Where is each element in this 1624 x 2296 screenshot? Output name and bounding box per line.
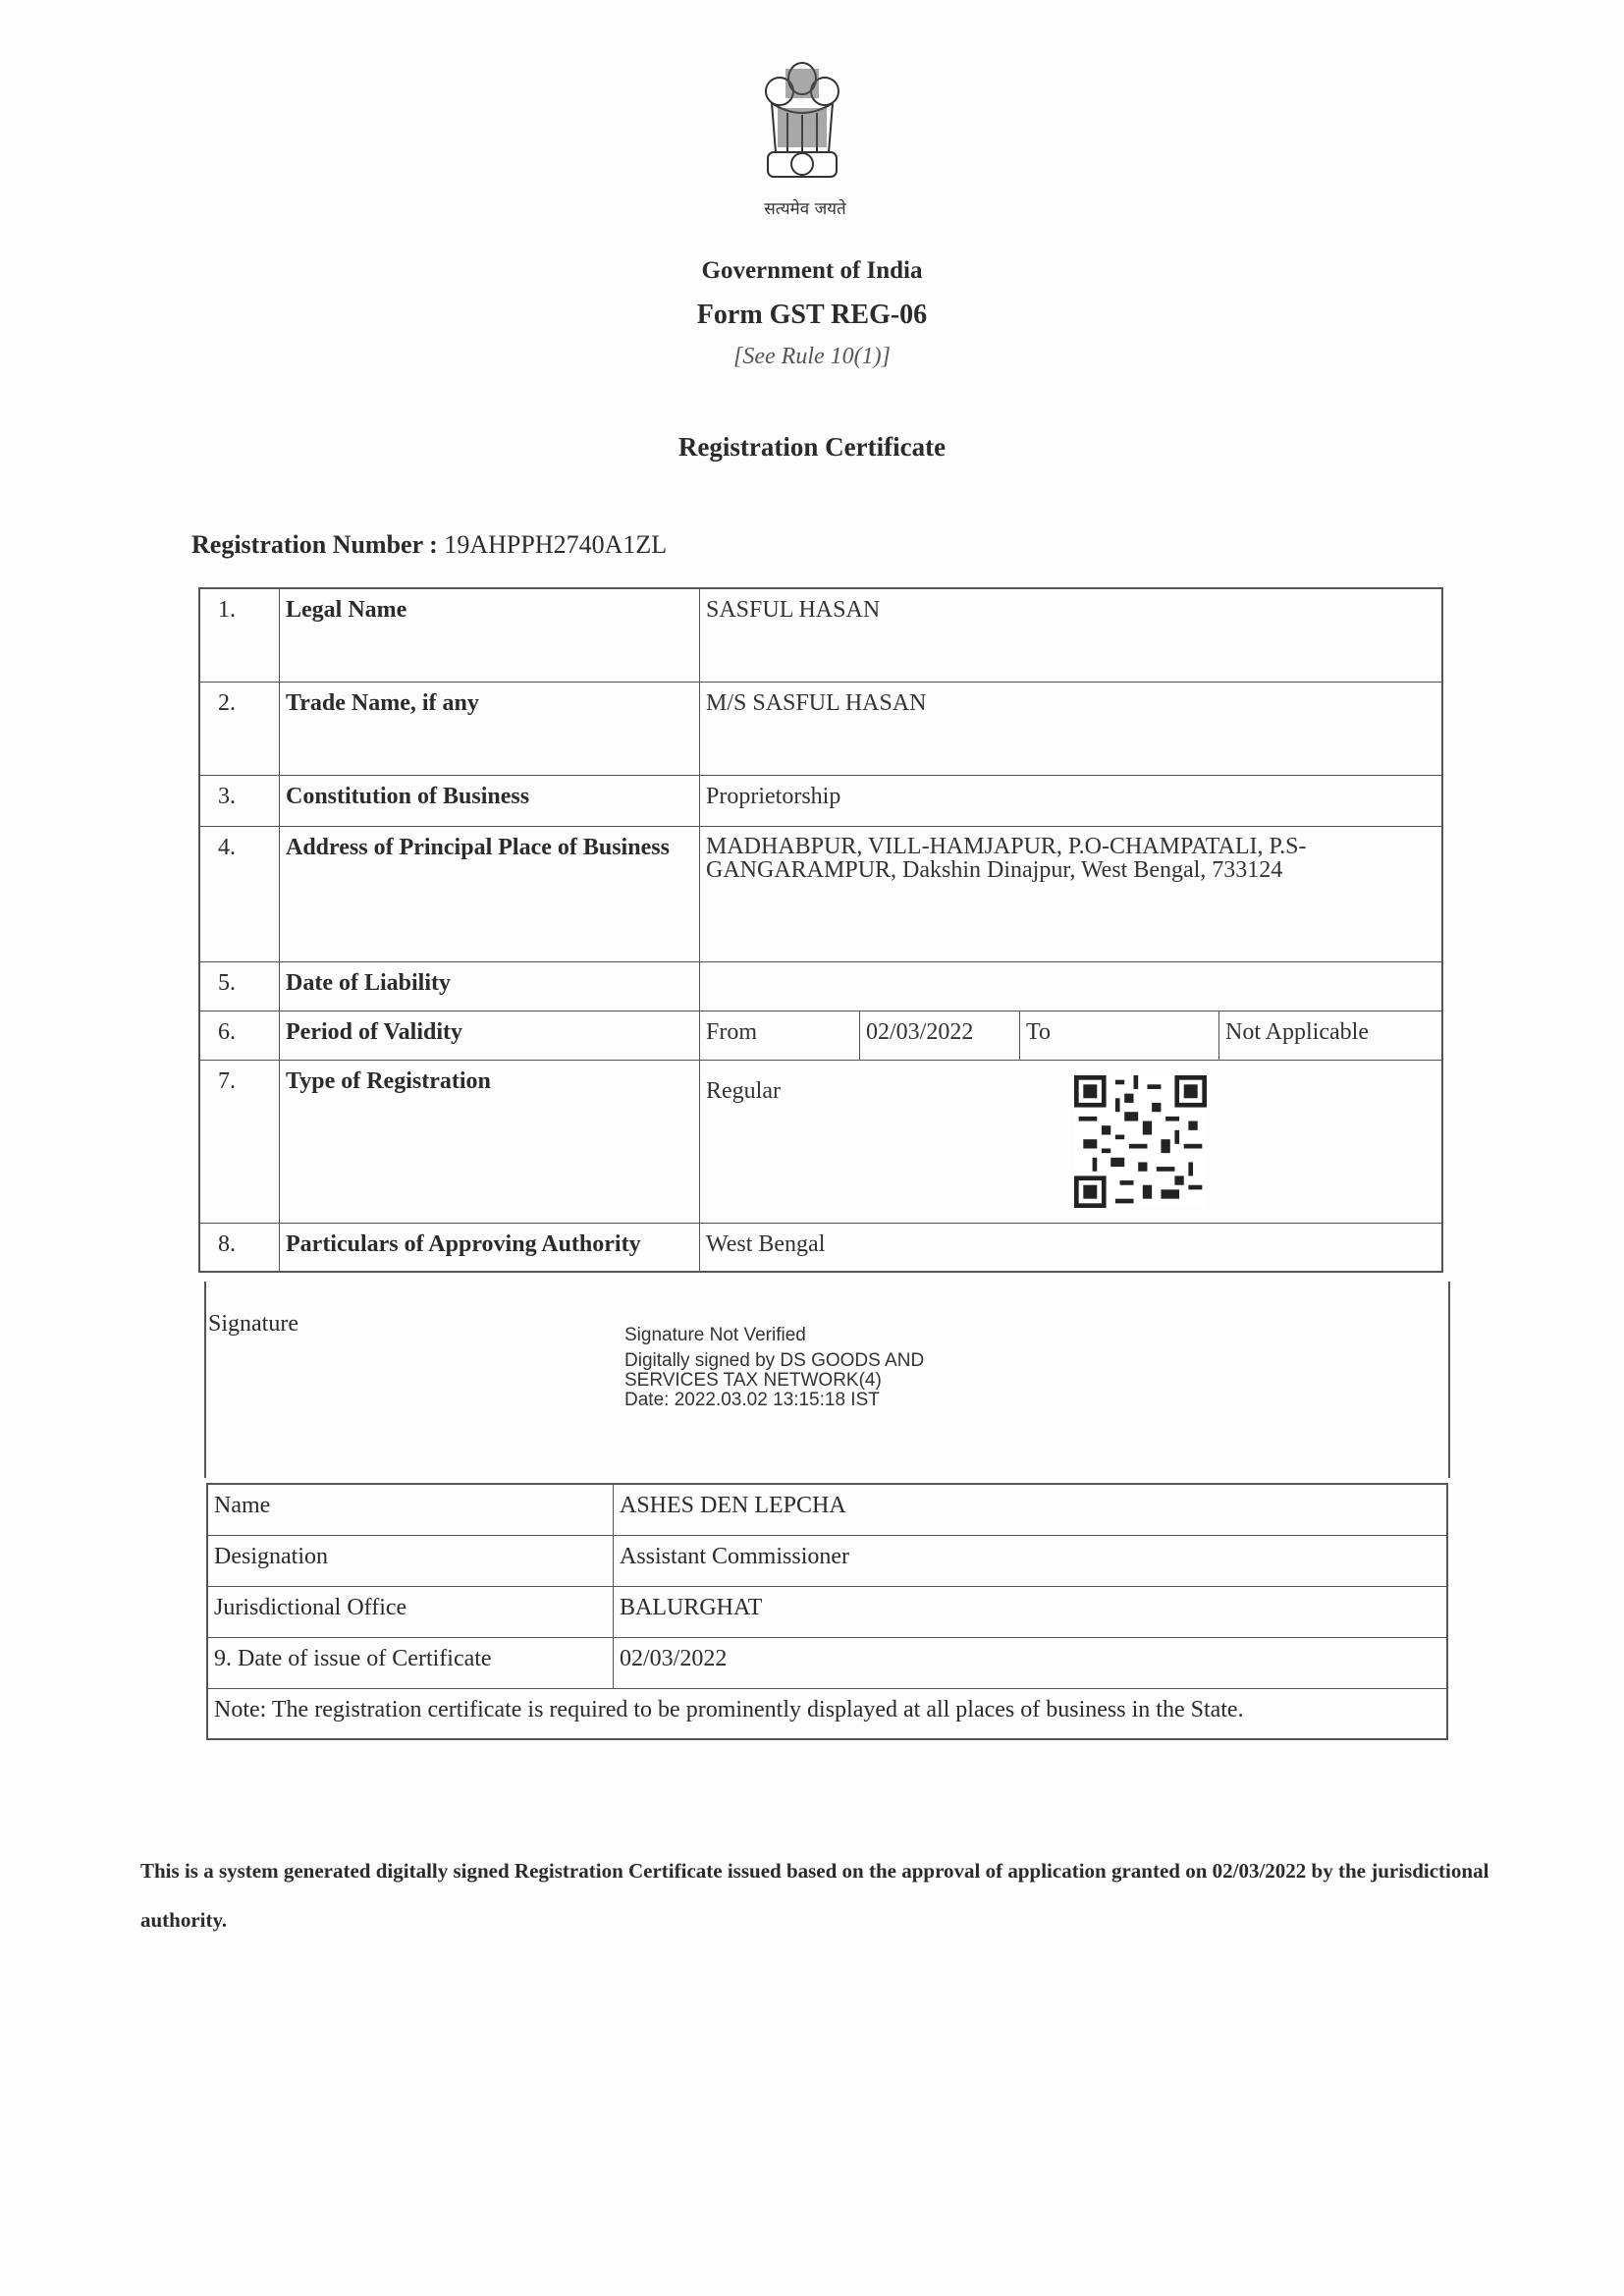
signed-by-line-1: Digitally signed by DS GOODS AND (624, 1351, 924, 1371)
issue-date-value: 02/03/2022 (614, 1637, 1448, 1688)
row-label: Address of Principal Place of Business (280, 826, 700, 961)
registration-number-value: 19AHPPH2740A1ZL (444, 530, 667, 559)
jurisdictional-office-label: Jurisdictional Office (207, 1586, 614, 1637)
signed-by-line-2: SERVICES TAX NETWORK(4) (624, 1371, 924, 1391)
table-row: Note: The registration certificate is re… (207, 1688, 1447, 1739)
trade-name-value: M/S SASFUL HASAN (700, 682, 1443, 775)
national-motto: सत्यमेव जयते (727, 196, 884, 219)
state-emblem-icon (758, 54, 846, 201)
validity-from-date: 02/03/2022 (860, 1011, 1020, 1060)
rule-reference: [See Rule 10(1)] (0, 344, 1624, 370)
constitution-value: Proprietorship (700, 775, 1443, 826)
validity-to-date: Not Applicable (1219, 1011, 1443, 1060)
row-label: Type of Registration (280, 1060, 700, 1223)
signature-date: Date: 2022.03.02 13:15:18 IST (624, 1391, 924, 1410)
table-row: 1. Legal Name SASFUL HASAN (199, 588, 1442, 682)
table-row: 6. Period of Validity From 02/03/2022 To… (199, 1011, 1442, 1060)
form-name: Form GST REG-06 (0, 300, 1624, 331)
signature-status: Signature Not Verified (624, 1326, 924, 1345)
row-number: 8. (199, 1223, 280, 1272)
registration-type-cell: Regular (700, 1060, 1443, 1223)
table-row: 4. Address of Principal Place of Busines… (199, 826, 1442, 961)
row-number: 4. (199, 826, 280, 961)
table-row: 3. Constitution of Business Proprietorsh… (199, 775, 1442, 826)
table-row: 9. Date of issue of Certificate 02/03/20… (207, 1637, 1447, 1688)
row-number: 7. (199, 1060, 280, 1223)
jurisdictional-office-value: BALURGHAT (614, 1586, 1448, 1637)
officer-name-label: Name (207, 1484, 614, 1535)
issue-date-label: 9. Date of issue of Certificate (207, 1637, 614, 1688)
registration-details-table: 1. Legal Name SASFUL HASAN 2. Trade Name… (198, 587, 1443, 1273)
approving-authority-value: West Bengal (700, 1223, 1443, 1272)
row-label: Period of Validity (280, 1011, 700, 1060)
row-label: Trade Name, if any (280, 682, 700, 775)
page-title: Registration Certificate (0, 432, 1624, 463)
row-number: 6. (199, 1011, 280, 1060)
address-value: MADHABPUR, VILL-HAMJAPUR, P.O-CHAMPATALI… (700, 826, 1443, 961)
row-label: Particulars of Approving Authority (280, 1223, 700, 1272)
table-row: Name ASHES DEN LEPCHA (207, 1484, 1447, 1535)
signature-label: Signature (208, 1311, 298, 1338)
officer-name-value: ASHES DEN LEPCHA (614, 1484, 1448, 1535)
table-row: 8. Particulars of Approving Authority We… (199, 1223, 1442, 1272)
display-note: Note: The registration certificate is re… (207, 1688, 1447, 1739)
registration-number-label: Registration Number : (191, 530, 438, 559)
row-number: 3. (199, 775, 280, 826)
designation-label: Designation (207, 1535, 614, 1586)
legal-name-value: SASFUL HASAN (700, 588, 1443, 682)
row-number: 2. (199, 682, 280, 775)
date-of-liability-value (700, 961, 1443, 1011)
row-label: Constitution of Business (280, 775, 700, 826)
row-label: Legal Name (280, 588, 700, 682)
system-generated-footer: This is a system generated digitally sig… (140, 1846, 1515, 1944)
table-row: Jurisdictional Office BALURGHAT (207, 1586, 1447, 1637)
row-number: 5. (199, 961, 280, 1011)
validity-from-label: From (700, 1011, 860, 1060)
registration-number-line: Registration Number : 19AHPPH2740A1ZL (191, 530, 667, 560)
government-heading: Government of India (0, 257, 1624, 285)
table-row: 2. Trade Name, if any M/S SASFUL HASAN (199, 682, 1442, 775)
table-row: 5. Date of Liability (199, 961, 1442, 1011)
registration-type-value: Regular (706, 1078, 1435, 1105)
row-label: Date of Liability (280, 961, 700, 1011)
digital-signature-block: Signature Not Verified Digitally signed … (624, 1326, 924, 1410)
designation-value: Assistant Commissioner (614, 1535, 1448, 1586)
officer-details-table: Name ASHES DEN LEPCHA Designation Assist… (206, 1483, 1448, 1740)
qr-code-icon (1074, 1075, 1207, 1208)
table-row: Designation Assistant Commissioner (207, 1535, 1447, 1586)
row-number: 1. (199, 588, 280, 682)
validity-to-label: To (1020, 1011, 1219, 1060)
table-row: 7. Type of Registration Regular (199, 1060, 1442, 1223)
